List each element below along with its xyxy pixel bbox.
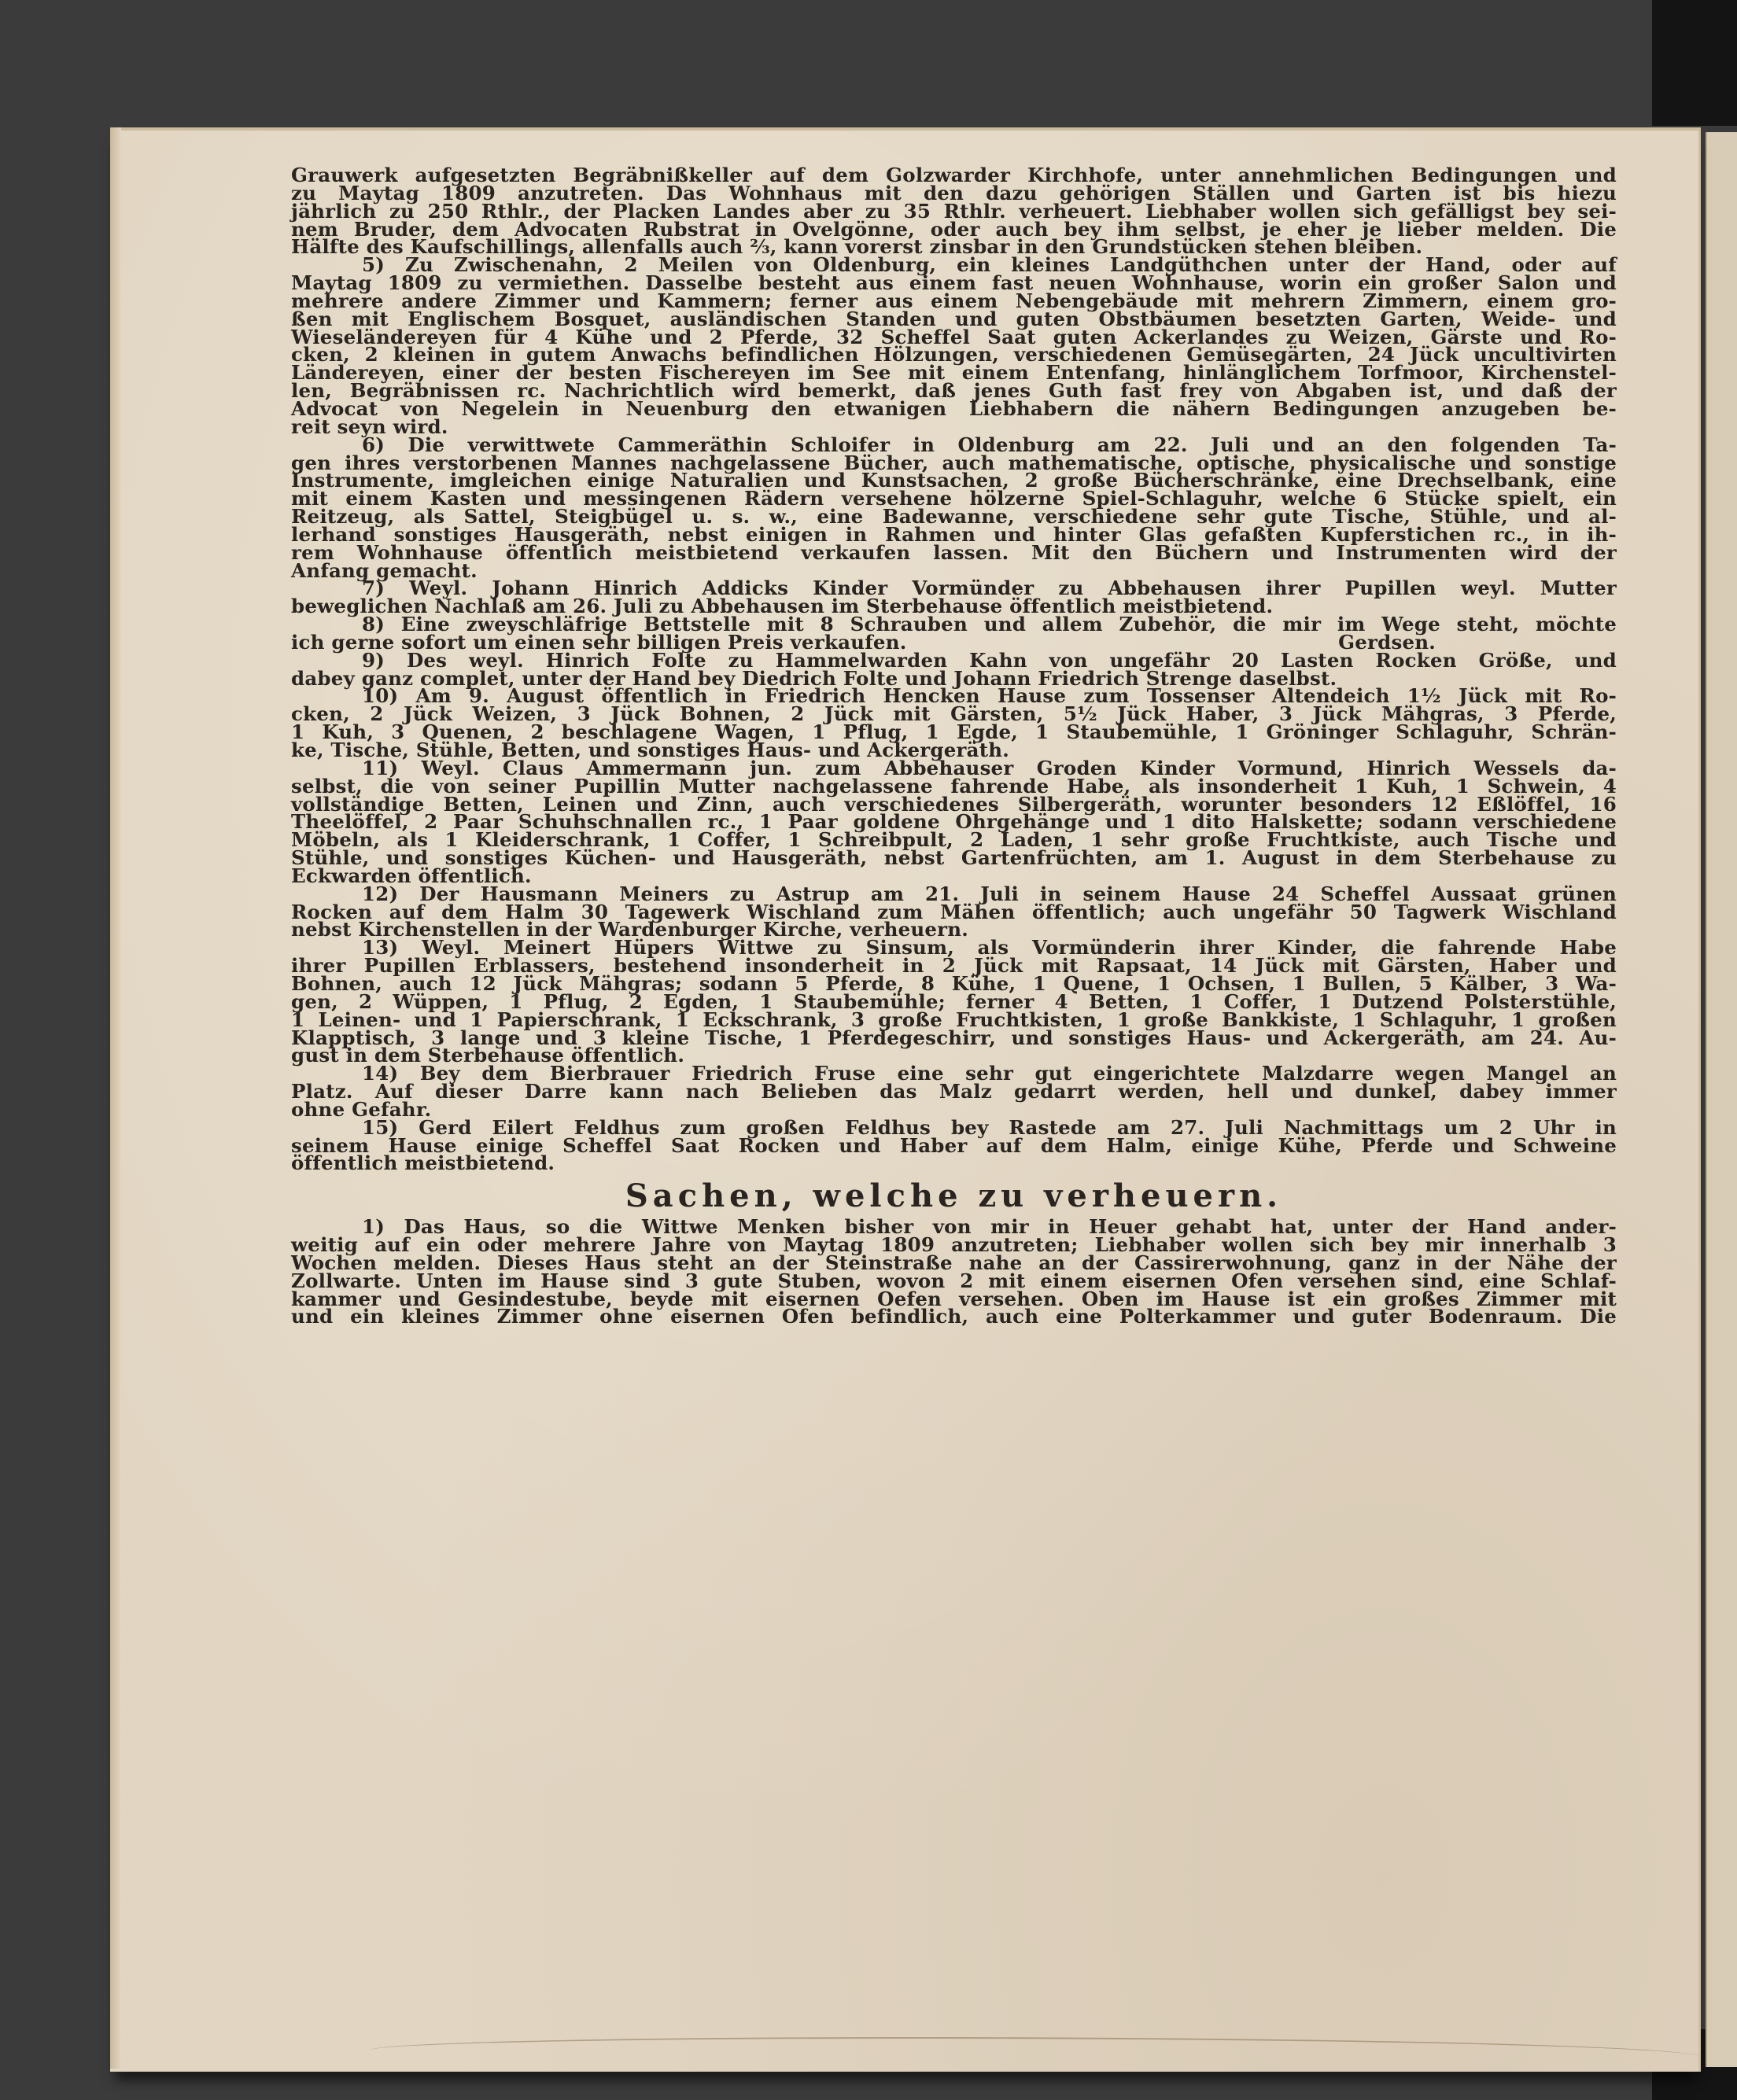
list-item-14: 14) Bey dem Bierbrauer Friedrich Fruse e…	[291, 1065, 1617, 1119]
text-line: rem Wohnhause öffentlich meistbietend ve…	[291, 544, 1617, 562]
list-item-9: 9) Des weyl. Hinrich Folte zu Hammelward…	[291, 652, 1617, 688]
list-item-15: 15) Gerd Eilert Feldhus zum großen Feldh…	[291, 1119, 1617, 1173]
list-item-12: 12) Der Hausmann Meiners zu Astrup am 21…	[291, 886, 1617, 940]
list-item-11: 11) Weyl. Claus Ammermann jun. zum Abbeh…	[291, 760, 1617, 886]
page-gutter-edge	[110, 127, 121, 2069]
list-item-5: 5) Zu Zwischenahn, 2 Meilen von Oldenbur…	[291, 256, 1617, 436]
text-line: Platz. Auf dieser Darre kann nach Belieb…	[291, 1083, 1617, 1101]
list-item-7: 7) Weyl. Johann Hinrich Addicks Kinder V…	[291, 580, 1617, 616]
background-dark-strip	[1652, 0, 1737, 126]
text-line: öffentlich meistbietend.	[291, 1155, 1617, 1173]
list-item-8: 8) Eine zweyschläfrige Bettstelle mit 8 …	[291, 616, 1617, 652]
rent-item-1: 1) Das Haus, so die Wittwe Menken bisher…	[291, 1218, 1617, 1326]
continued-paragraph: Grauwerk aufgesetzten Begräbnißkeller au…	[291, 167, 1617, 256]
list-item-13: 13) Weyl. Meinert Hüpers Wittwe zu Sinsu…	[291, 939, 1617, 1065]
page-text: Grauwerk aufgesetzten Begräbnißkeller au…	[291, 167, 1617, 1326]
text-line: Advocat von Negelein in Neuenburg den et…	[291, 400, 1617, 418]
adjacent-page-edge	[1706, 132, 1737, 2067]
list-item-10: 10) Am 9. August öffentlich in Friedrich…	[291, 687, 1617, 759]
list-item-6: 6) Die verwittwete Cammeräthin Schloifer…	[291, 437, 1617, 580]
text-line: und ein kleines Zimmer ohne eisernen Ofe…	[291, 1308, 1617, 1326]
section-heading: Sachen, welche zu verheuern.	[291, 1179, 1617, 1214]
